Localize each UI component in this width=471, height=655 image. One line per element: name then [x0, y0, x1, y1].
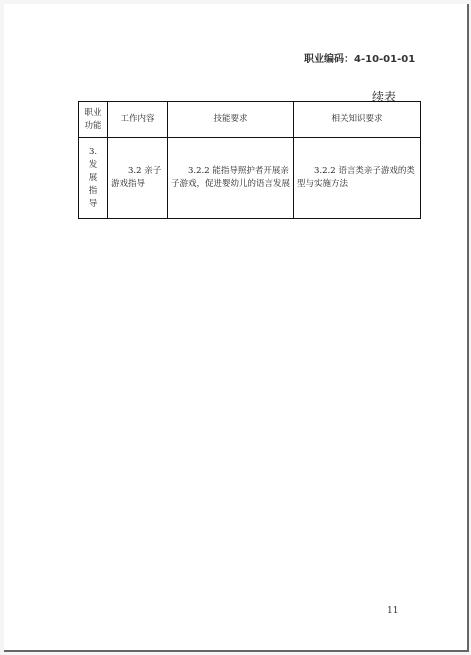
function-line: 发: [79, 159, 107, 172]
function-line: 导: [79, 198, 107, 211]
cell-work-content: 3.2 亲子游戏指导: [108, 138, 168, 219]
function-line: 3.: [79, 146, 107, 159]
cell-knowledge-requirement: 3.2.2 语言类亲子游戏的类型与实施方法: [294, 138, 421, 219]
function-line: 指: [79, 185, 107, 198]
page-number: 11: [387, 606, 398, 616]
header-occupation-function: 职业 功能: [79, 102, 108, 138]
document-page: 职业编码：4-10-01-01 续表 职业 功能 工作内容 技能要求 相关知识要…: [4, 4, 469, 652]
cell-skill-requirement: 3.2.2 能指导照护者开展亲子游戏，促进婴幼儿的语言发展: [168, 138, 294, 219]
header-work-content: 工作内容: [108, 102, 168, 138]
cell-occupation-function: 3. 发 展 指 导: [79, 138, 108, 219]
function-line: 展: [79, 172, 107, 185]
table-header-row: 职业 功能 工作内容 技能要求 相关知识要求: [79, 102, 421, 138]
occupation-code: 职业编码：4-10-01-01: [304, 50, 414, 65]
header-skill-requirement: 技能要求: [168, 102, 294, 138]
occupation-requirements-table: 职业 功能 工作内容 技能要求 相关知识要求 3. 发 展 指 导 3.2 亲子…: [78, 101, 421, 219]
knowledge-requirement-text: 3.2.2 语言类亲子游戏的类型与实施方法: [297, 165, 417, 191]
header-knowledge-requirement: 相关知识要求: [294, 102, 421, 138]
header-line: 职业: [79, 107, 107, 120]
header-line: 功能: [79, 120, 107, 133]
work-content-text: 3.2 亲子游戏指导: [111, 165, 164, 191]
table-row: 3. 发 展 指 导 3.2 亲子游戏指导 3.2.2 能指导照护者开展亲子游戏…: [79, 138, 421, 219]
skill-requirement-text: 3.2.2 能指导照护者开展亲子游戏，促进婴幼儿的语言发展: [171, 165, 290, 191]
